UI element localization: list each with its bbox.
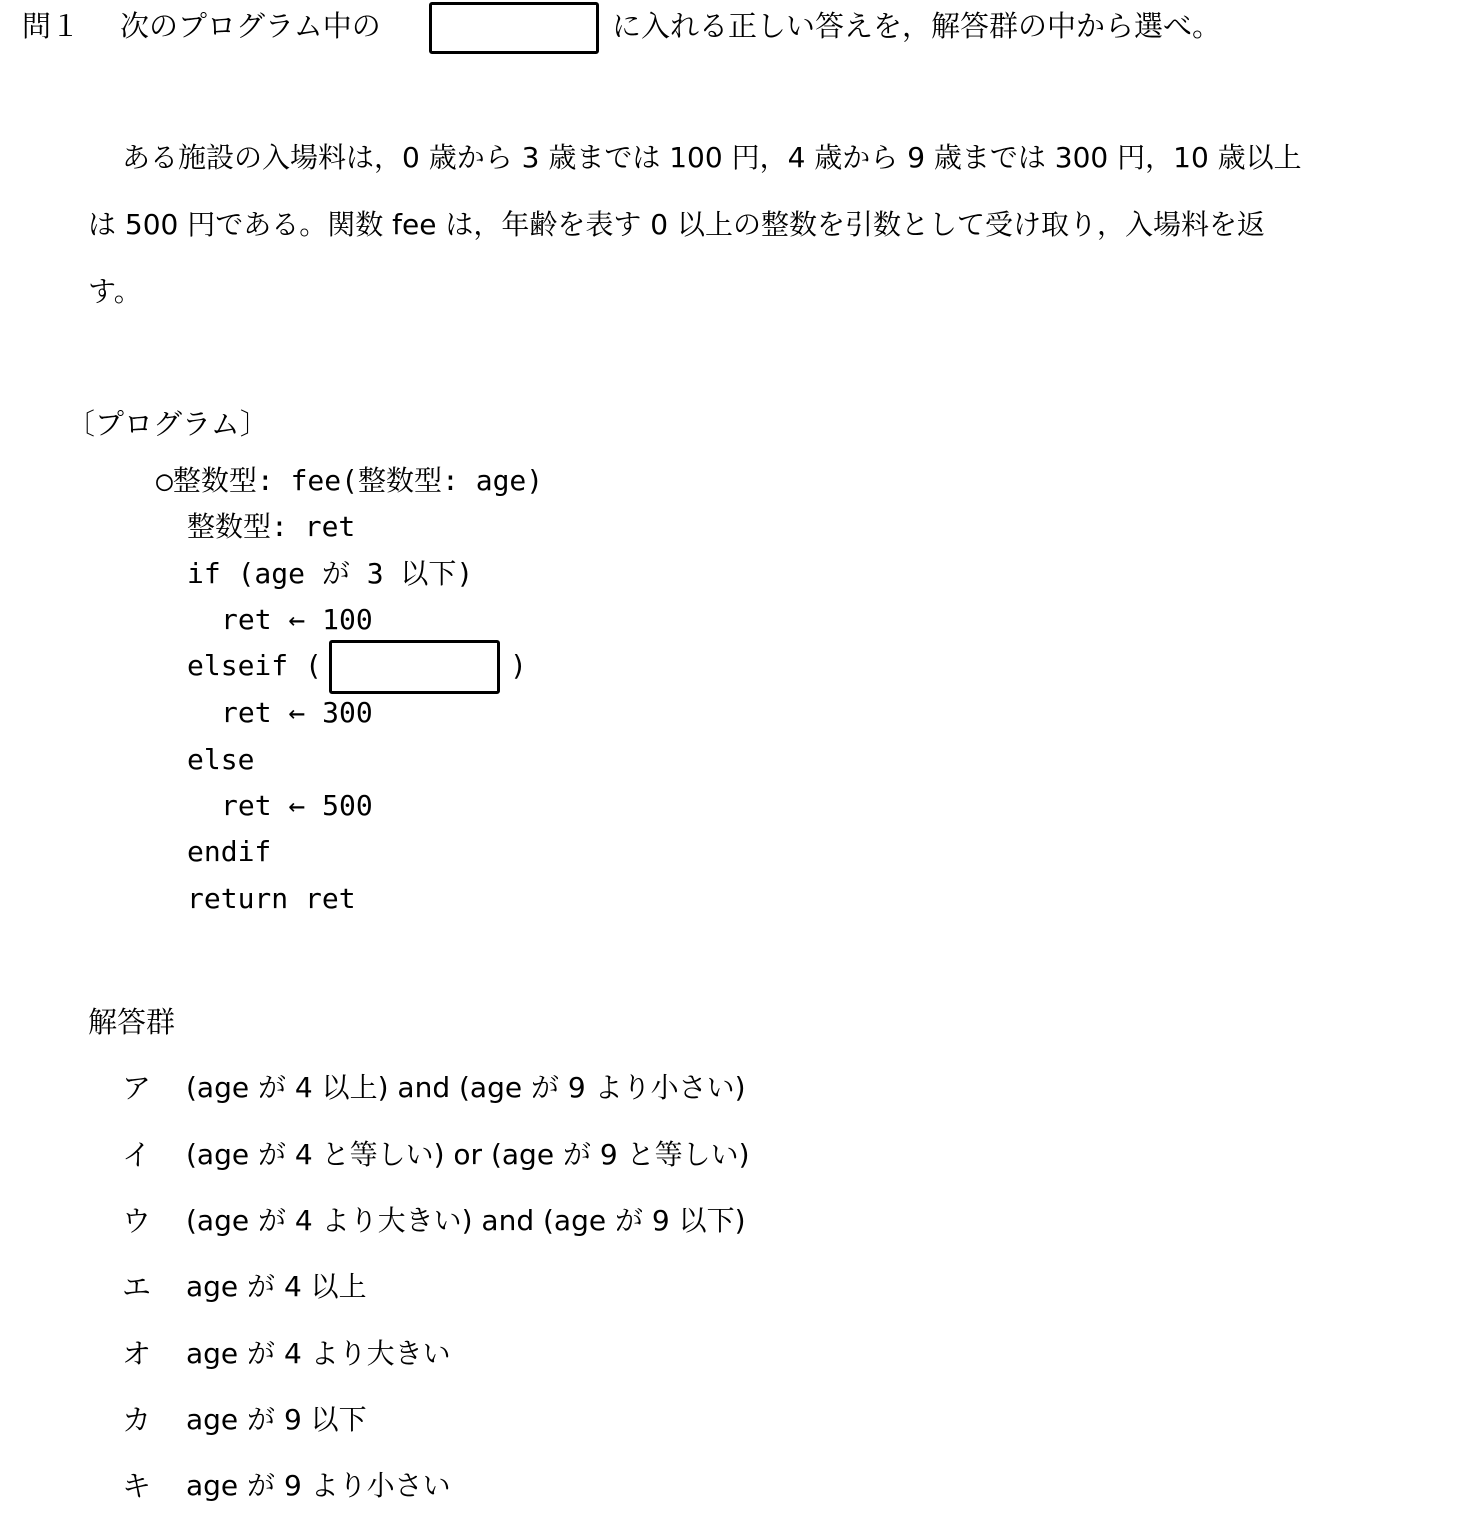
choice-label: ア [122, 1074, 151, 1103]
program-line-else: else [187, 746, 254, 774]
program-line-declare: 整数型: ret [187, 513, 355, 541]
choice-text: (age が 4 と等しい) or (age が 9 と等しい) [186, 1141, 750, 1169]
program-line-elseif-close: ) [510, 652, 527, 680]
choice-text: age が 9 より小さい [186, 1472, 451, 1500]
choice-text: (age が 4 より大きい) and (age が 9 以下) [186, 1207, 746, 1235]
choice-label: エ [122, 1273, 151, 1302]
program-line-return: return ret [187, 885, 356, 913]
choice-label: キ [122, 1472, 151, 1501]
program-line-endif: endif [187, 838, 271, 866]
question-prompt-after: に入れる正しい答えを，解答群の中から選べ。 [612, 12, 1221, 41]
program-line-ret-500: ret ← 500 [221, 792, 373, 820]
choice-label: カ [122, 1406, 151, 1435]
program-blank-box [329, 640, 500, 694]
choice-label: ウ [122, 1207, 151, 1236]
program-line-ret-100: ret ← 100 [221, 606, 373, 634]
question-number: 問１ [22, 12, 80, 41]
choice-text: age が 9 以下 [186, 1406, 367, 1434]
choice-label: イ [122, 1141, 151, 1170]
description-line-3: す。 [88, 278, 142, 306]
program-heading: 〔プログラム〕 [66, 410, 269, 439]
choice-text: (age が 4 以上) and (age が 9 より小さい) [186, 1074, 746, 1102]
choice-text: age が 4 以上 [186, 1273, 367, 1301]
question-prompt-before: 次のプログラム中の [120, 12, 381, 41]
choice-label: オ [122, 1340, 151, 1369]
choice-text: age が 4 より大きい [186, 1340, 451, 1368]
program-line-signature: ○整数型: fee(整数型: age) [156, 467, 543, 495]
answer-blank-box [429, 2, 599, 54]
program-line-elseif: elseif ( [187, 652, 322, 680]
program-line-ret-300: ret ← 300 [221, 699, 373, 727]
program-line-if: if (age が 3 以下) [187, 560, 473, 588]
description-line-2: は 500 円である。関数 fee は，年齢を表す 0 以上の整数を引数として受… [88, 211, 1265, 239]
description-line-1: ある施設の入場料は，0 歳から 3 歳までは 100 円，4 歳から 9 歳まで… [122, 144, 1302, 172]
answers-heading: 解答群 [88, 1008, 175, 1037]
